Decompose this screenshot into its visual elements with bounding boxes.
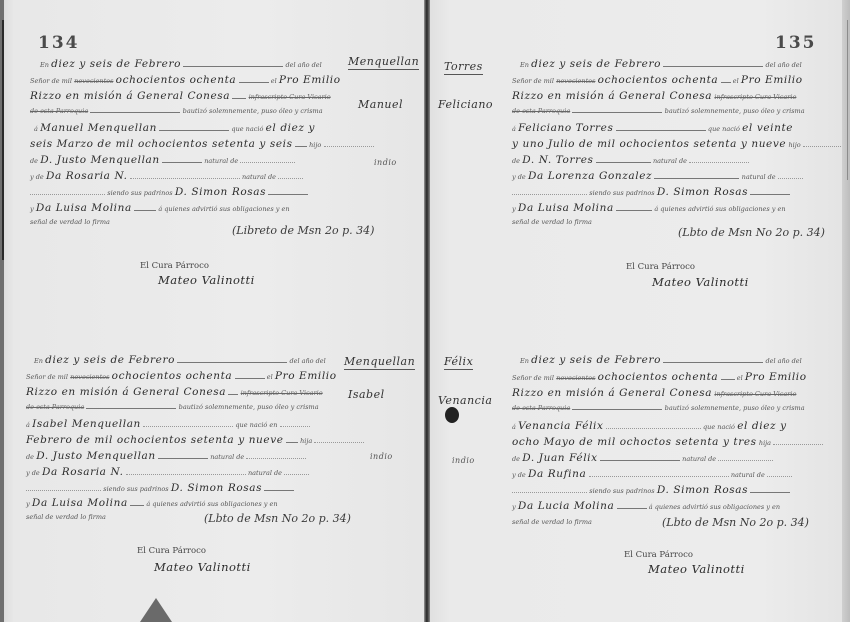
signature-title: El Cura Párroco xyxy=(140,261,209,271)
bookmark-clip xyxy=(140,598,172,622)
entry-line-5: á Venancia Félix que nació el diez y xyxy=(512,420,787,432)
entry-line-1: En diez y seis de Febrero del año del xyxy=(520,58,802,70)
entry-line-10: y Da Luisa Molina á quienes advirtió sus… xyxy=(30,202,290,214)
entry-line-5: á Manuel Menquellan que nació el diez y xyxy=(34,122,315,134)
page-right: 135 En diez y seis de Febrero del año de… xyxy=(430,0,842,622)
entry-line-6: y uno Julio de mil ochocientos setenta y… xyxy=(512,138,850,150)
entry-line-9: siendo sus padrinos D. Simon Rosas xyxy=(512,484,790,496)
entry-line-2: Señor de mil novecientos ochocientos och… xyxy=(512,371,807,383)
entry-line-10: y Da Lucia Molina á quienes advirtió sus… xyxy=(512,500,780,512)
ink-blot xyxy=(445,407,459,423)
entry-line-7: de D. Justo Menquellan natural de xyxy=(26,450,306,462)
page-number: 134 xyxy=(38,33,80,53)
priest-signature: Mateo Valinotti xyxy=(648,562,745,576)
margin-surname: Menquellan xyxy=(344,355,415,370)
margin-surname: Félix xyxy=(444,355,473,370)
entry-line-9: siendo sus padrinos D. Simon Rosas xyxy=(30,186,308,198)
page-left: 134 En diez y seis de Febrero del año de… xyxy=(4,0,424,622)
book-reference: (Libreto de Msn 2o p. 34) xyxy=(232,224,374,237)
entry-line-3: Rizzo en misión á General Conesa infrasc… xyxy=(26,386,323,398)
open-register-book: 134 En diez y seis de Febrero del año de… xyxy=(0,0,850,622)
entry-line-2: Señor de mil novecientos ochocientos och… xyxy=(26,370,337,382)
entry-line-8: y de Da Rufina natural de xyxy=(512,468,792,480)
entry-line-1: En diez y seis de Febrero del año del xyxy=(34,354,326,366)
margin-note: indio xyxy=(370,452,393,461)
margin-surname: Torres xyxy=(444,60,483,75)
entry-line-10: y Da Luisa Molina á quienes advirtió sus… xyxy=(512,202,786,214)
signature-title: El Cura Párroco xyxy=(626,262,695,272)
priest-signature: Mateo Valinotti xyxy=(158,273,255,287)
signature-title: El Cura Párroco xyxy=(624,550,693,560)
signature-title: El Cura Párroco xyxy=(137,546,206,556)
book-right-edge xyxy=(842,0,850,622)
entry-line-11: señal de verdad lo firma xyxy=(30,218,110,226)
entry-line-7: de D. Justo Menquellan natural de xyxy=(30,154,295,166)
margin-given-name: Venancia xyxy=(438,394,492,407)
margin-note: indio xyxy=(452,456,475,465)
entry-line-11: señal de verdad lo firma xyxy=(512,518,592,526)
entry-line-11: señal de verdad lo firma xyxy=(26,513,106,521)
entry-line-4: de esta Parroquia bautizó solemnemente, … xyxy=(26,403,319,411)
book-reference: (Lbto de Msn No 2o p. 34) xyxy=(678,226,825,239)
entry-line-6: Febrero de mil ochocientos setenta y nue… xyxy=(26,434,364,446)
entry-line-1: En diez y seis de Febrero del año del xyxy=(520,354,802,366)
priest-signature: Mateo Valinotti xyxy=(154,560,251,574)
entry-line-10: y Da Luisa Molina á quienes advirtió sus… xyxy=(26,497,278,509)
entry-line-6: seis Marzo de mil ochocientos setenta y … xyxy=(30,138,374,150)
priest-signature: Mateo Valinotti xyxy=(652,275,749,289)
entry-line-8: y de Da Rosaria N. natural de xyxy=(26,466,309,478)
entry-line-6: ocho Mayo de mil ochoctos setenta y tres… xyxy=(512,436,823,448)
margin-given-name: Manuel xyxy=(358,98,403,111)
book-right-edge-shadow xyxy=(847,20,848,180)
entry-line-4: de esta Parroquia bautizó solemnemente, … xyxy=(512,107,805,115)
entry-line-8: y de Da Rosaria N. natural de xyxy=(30,170,303,182)
book-reference: (Lbto de Msn No 2o p. 34) xyxy=(662,516,809,529)
entry-line-1: En diez y seis de Febrero del año del xyxy=(40,58,322,70)
entry-line-7: de D. N. Torres natural de xyxy=(512,154,749,166)
entry-line-5: á Isabel Menquellan que nació en xyxy=(26,418,310,430)
entry-line-4: de esta Parroquia bautizó solemnemente, … xyxy=(30,107,323,115)
margin-given-name: Isabel xyxy=(348,388,385,401)
page-number: 135 xyxy=(775,33,817,53)
book-reference: (Lbto de Msn No 2o p. 34) xyxy=(204,512,351,525)
entry-line-3: Rizzo en misión á General Conesa infrasc… xyxy=(512,387,796,399)
entry-line-8: y de Da Lorenza Gonzalez natural de xyxy=(512,170,803,182)
margin-note: indio xyxy=(374,158,397,167)
margin-given-name: Feliciano xyxy=(438,98,493,111)
entry-line-4: de esta Parroquia bautizó solemnemente, … xyxy=(512,404,805,412)
entry-line-7: de D. Juan Félix natural de xyxy=(512,452,773,464)
entry-line-9: siendo sus padrinos D. Simon Rosas xyxy=(26,482,294,494)
entry-line-3: Rizzo en misión á General Conesa infrasc… xyxy=(30,90,331,102)
entry-line-3: Rizzo en misión á General Conesa infrasc… xyxy=(512,90,796,102)
entry-line-2: Señor de mil novecientos ochocientos och… xyxy=(512,74,803,86)
entry-line-5: á Feliciano Torres que nació el veinte xyxy=(512,122,793,134)
entry-line-2: Señor de mil novecientos ochocientos och… xyxy=(30,74,341,86)
margin-surname: Menquellan xyxy=(348,55,419,70)
entry-line-11: señal de verdad lo firma xyxy=(512,218,592,226)
entry-line-9: siendo sus padrinos D. Simon Rosas xyxy=(512,186,790,198)
